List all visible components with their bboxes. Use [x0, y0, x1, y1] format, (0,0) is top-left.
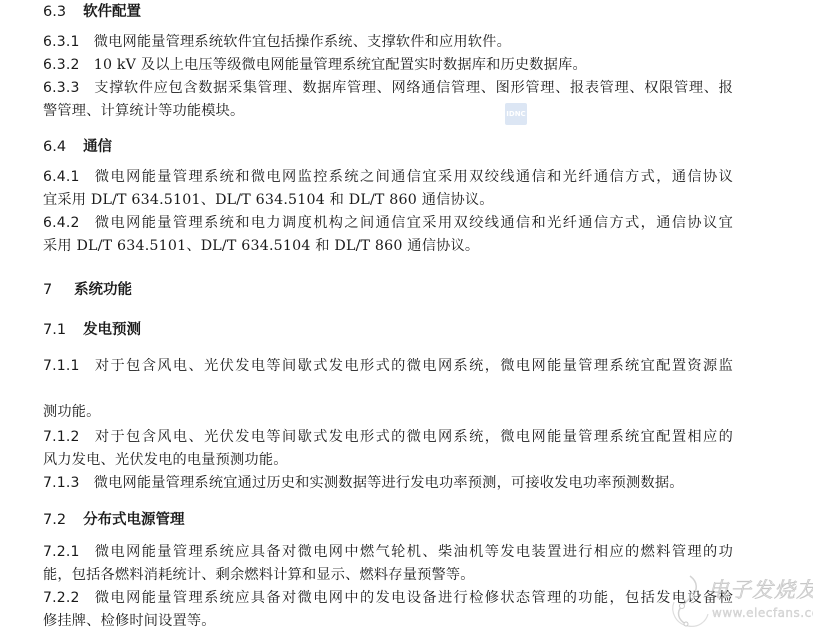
clause-text: 采用 DL/T 634.5101、DL/T 634.5104 和 DL/T 86…	[43, 238, 479, 254]
clause-number: 6.4.1	[43, 167, 89, 187]
clause-7-2-1: 7.2.1 微电网能量管理系统应具备对微电网中燃气轮机、柴油机等发电装置进行相应…	[43, 542, 733, 562]
clause-6-3-2: 6.3.2 10 kV 及以上电压等级微电网能量管理系统宜配置实时数据库和历史数…	[43, 55, 587, 75]
clause-text: 微电网能量管理系统应具备对微电网中的发电设备进行检修状态管理的功能，包括发电设备…	[95, 590, 733, 606]
clause-text: 风力发电、光伏发电的电量预测功能。	[43, 452, 288, 468]
section-title: 分布式电源管理	[83, 512, 185, 528]
clause-7-2-1-continuation: 能，包括各燃料消耗统计、剩余燃料计算和显示、燃料存量预警等。	[43, 565, 475, 585]
chapter-title: 系统功能	[74, 282, 132, 298]
clause-text: 对于包含风电、光伏发电等间歇式发电形式的微电网系统，微电网能量管理系统宜配置相应…	[95, 429, 733, 445]
section-heading-6-3: 6.3 软件配置	[43, 2, 141, 22]
clause-text: 支撑软件应包含数据采集管理、数据库管理、网络通信管理、图形管理、报表管理、权限管…	[94, 80, 733, 96]
clause-number: 6.3.1	[43, 32, 89, 52]
clause-6-4-1-continuation: 宜采用 DL/T 634.5101、DL/T 634.5104 和 DL/T 8…	[43, 190, 494, 210]
clause-6-3-1: 6.3.1 微电网能量管理系统软件宜包括操作系统、支撑软件和应用软件。	[43, 32, 511, 52]
clause-number: 6.3.3	[43, 78, 89, 98]
section-title: 发电预测	[83, 322, 141, 338]
section-heading-7-1: 7.1 发电预测	[43, 320, 141, 340]
section-number: 6.4	[43, 137, 78, 157]
chapter-heading-7: 7 系统功能	[43, 280, 132, 300]
clause-7-2-2: 7.2.2 微电网能量管理系统应具备对微电网中的发电设备进行检修状态管理的功能，…	[43, 588, 733, 608]
clause-text: 警管理、计算统计等功能模块。	[43, 103, 244, 119]
section-number: 7.2	[43, 510, 78, 530]
clause-6-3-3-continuation: 警管理、计算统计等功能模块。	[43, 101, 244, 121]
clause-number: 7.2.2	[43, 588, 89, 608]
clause-number: 7.1.2	[43, 427, 89, 447]
clause-7-1-1-continuation: 测功能。	[43, 402, 101, 422]
clause-7-2-2-continuation: 修挂牌、检修时间设置等。	[43, 611, 216, 630]
clause-number: 7.1.3	[43, 473, 89, 493]
clause-text: 修挂牌、检修时间设置等。	[43, 613, 216, 629]
section-heading-7-2: 7.2 分布式电源管理	[43, 510, 185, 530]
clause-number: 7.1.1	[43, 356, 89, 376]
clause-6-4-2: 6.4.2 微电网能量管理系统和电力调度机构之间通信宜采用双绞线通信和光纤通信方…	[43, 213, 733, 233]
clause-text: 微电网能量管理系统和微电网监控系统之间通信宜采用双绞线通信和光纤通信方式，通信协…	[95, 169, 733, 185]
clause-text: 10 kV 及以上电压等级微电网能量管理系统宜配置实时数据库和历史数据库。	[94, 57, 587, 73]
clause-number: 6.3.2	[43, 55, 89, 75]
clause-text: 微电网能量管理系统宜通过历史和实测数据等进行发电功率预测，可接收发电功率预测数据…	[94, 475, 684, 491]
clause-number: 6.4.2	[43, 213, 89, 233]
clause-7-1-1: 7.1.1 对于包含风电、光伏发电等间歇式发电形式的微电网系统，微电网能量管理系…	[43, 356, 733, 376]
clause-6-4-1: 6.4.1 微电网能量管理系统和微电网监控系统之间通信宜采用双绞线通信和光纤通信…	[43, 167, 733, 187]
clause-text: 对于包含风电、光伏发电等间歇式发电形式的微电网系统，微电网能量管理系统宜配置资源…	[95, 358, 733, 374]
clause-7-1-2: 7.1.2 对于包含风电、光伏发电等间歇式发电形式的微电网系统，微电网能量管理系…	[43, 427, 733, 447]
section-heading-6-4: 6.4 通信	[43, 137, 112, 157]
clause-7-1-3: 7.1.3 微电网能量管理系统宜通过历史和实测数据等进行发电功率预测，可接收发电…	[43, 473, 684, 493]
clause-7-1-2-continuation: 风力发电、光伏发电的电量预测功能。	[43, 450, 288, 470]
clause-text: 微电网能量管理系统和电力调度机构之间通信宜采用双绞线通信和光纤通信方式，通信协议…	[95, 215, 733, 231]
clause-6-4-2-continuation: 采用 DL/T 634.5101、DL/T 634.5104 和 DL/T 86…	[43, 236, 479, 256]
section-title: 通信	[83, 139, 112, 155]
clause-text: 能，包括各燃料消耗统计、剩余燃料计算和显示、燃料存量预警等。	[43, 567, 475, 583]
clause-text: 微电网能量管理系统软件宜包括操作系统、支撑软件和应用软件。	[94, 34, 511, 50]
clause-number: 7.2.1	[43, 542, 89, 562]
clause-text: 测功能。	[43, 404, 101, 420]
clause-6-3-3: 6.3.3 支撑软件应包含数据采集管理、数据库管理、网络通信管理、图形管理、报表…	[43, 78, 733, 98]
logo-mark-icon: IDNC	[505, 103, 527, 125]
chapter-number: 7	[43, 280, 69, 300]
clause-text: 宜采用 DL/T 634.5101、DL/T 634.5104 和 DL/T 8…	[43, 192, 494, 208]
clause-text: 微电网能量管理系统应具备对微电网中燃气轮机、柴油机等发电装置进行相应的燃料管理的…	[95, 544, 733, 560]
section-title: 软件配置	[83, 4, 141, 20]
section-number: 6.3	[43, 2, 78, 22]
watermark-url: www.elecfans.com	[712, 606, 813, 620]
section-number: 7.1	[43, 320, 78, 340]
